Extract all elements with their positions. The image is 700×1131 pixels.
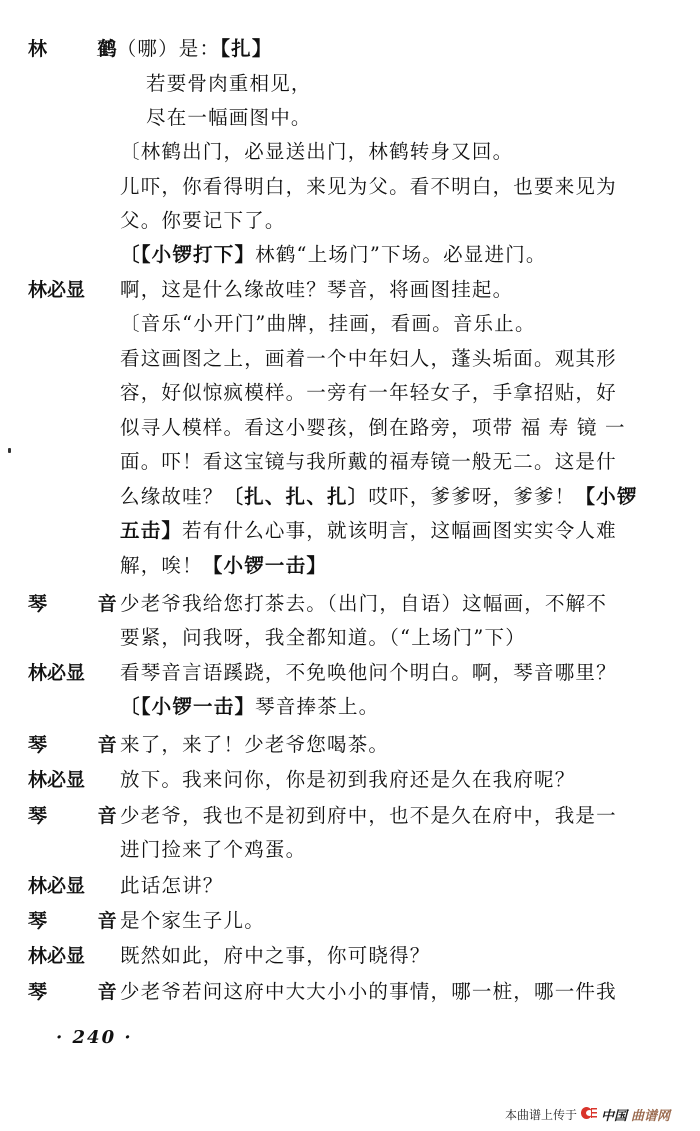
dialogue-text: 既然如此，府中之事，你可晓得？: [120, 939, 431, 973]
script-line: 林 鹤 正（哪）是：【扎】: [0, 32, 700, 66]
page-number: · 240 ·: [56, 1027, 133, 1048]
dialogue-text: 来了，来了！少老爷您喝茶。: [120, 728, 389, 762]
dialogue-segment: 琴音捧茶上。: [255, 695, 379, 718]
script-line: 五击】若有什么心事，就该明言，这幅画图实实令人难: [0, 514, 700, 548]
stage-direction: 〔音乐“小开门”曲牌，挂画，看画。音乐止。: [0, 307, 700, 341]
script-line: 面。吓！看这宝镜与我所戴的福寿镜一般无二。这是什: [0, 445, 700, 479]
script-line: 林必显 既然如此，府中之事，你可晓得？: [0, 939, 700, 973]
dialogue-segment: 林鹤“上场门”下场。必显进门。: [255, 243, 546, 266]
dialogue-text: 少老爷，我也不是初到府中，也不是久在府中，我是一: [120, 799, 617, 833]
script-line: 父。你要记下了。: [0, 204, 700, 238]
script-line: 要紧，问我呀，我全都知道。（“上场门”下）: [0, 621, 700, 655]
stage-direction-text: 〔音乐“小开门”曲牌，挂画，看画。音乐止。: [120, 307, 536, 341]
stage-direction: 〔【小锣一击】琴音捧茶上。: [0, 690, 700, 724]
speaker-name: 林必显: [28, 656, 85, 690]
stage-direction-text: 〔【小锣打下】林鹤“上场门”下场。必显进门。: [120, 238, 547, 272]
stage-direction-text: 〔林鹤出门，必显送出门，林鹤转身又回。: [120, 135, 513, 169]
dialogue-text: 看这画图之上，画着一个中年妇人，蓬头垢面。观其形: [120, 342, 617, 376]
dialogue-text: 父。你要记下了。: [120, 204, 286, 238]
speaker-name: 林必显: [28, 273, 85, 307]
stage-cue: 〔【小锣一击】: [120, 695, 255, 718]
dialogue-segment: 若有什么心事，就该明言，这幅画图实实令人难: [182, 519, 617, 542]
dialogue-text: 进门捡来了个鸡蛋。: [120, 833, 306, 867]
dialogue-text: 五击】若有什么心事，就该明言，这幅画图实实令人难: [120, 514, 617, 548]
stage-cue: 【小锣: [575, 485, 637, 508]
stage-cue: 【扎】: [220, 37, 272, 60]
verse-text: 尽在一幅画图中。: [146, 101, 312, 135]
script-line: 林必显 放下。我来问你，你是初到我府还是久在我府呢？: [0, 763, 700, 797]
dialogue-text: 么缘故哇？〔扎、扎、扎〕哎吓，爹爹呀，爹爹！【小锣: [120, 480, 638, 514]
dialogue-segment: 么缘故哇？: [120, 485, 224, 508]
dialogue-segment: 正（哪）是：: [96, 37, 220, 60]
script-line: 林必显 啊，这是什么缘故哇？琴音，将画图挂起。: [0, 273, 700, 307]
dialogue-text: 看琴音言语蹊跷，不免唤他问个明白。啊，琴音哪里？: [120, 656, 617, 690]
dialogue-text: 要紧，问我呀，我全都知道。（“上场门”下）: [120, 621, 526, 655]
script-line: 琴 音 少老爷，我也不是初到府中，也不是久在府中，我是一: [0, 799, 700, 833]
dialogue-text: 面。吓！看这宝镜与我所戴的福寿镜一般无二。这是什: [120, 445, 617, 479]
script-line: 容，好似惊疯模样。一旁有一年轻女子，手拿招贴，好: [0, 376, 700, 410]
scan-speck: [8, 448, 11, 453]
script-line: 琴 音 少老爷若问这府中大大小小的事情，哪一桩，哪一件我: [0, 975, 700, 1009]
speaker-name: 林必显: [28, 763, 85, 797]
script-line: 儿吓，你看得明白，来见为父。看不明白，也要来见为: [0, 170, 700, 204]
stage-cue: 〔【小锣打下】: [120, 243, 255, 266]
dialogue-text: 正（哪）是：【扎】: [96, 32, 273, 66]
script-line: 解，唉！【小锣一击】: [0, 549, 700, 583]
script-line: 似寻人模样。看这小婴孩，倒在路旁，项带 福 寿 镜 一: [0, 411, 700, 445]
stage-direction-text: 〔【小锣一击】琴音捧茶上。: [120, 690, 379, 724]
site-logo-text-part1: 中国: [601, 1105, 627, 1124]
dialogue-text: 是个家生子儿。: [120, 904, 265, 938]
dialogue-text: 容，好似惊疯模样。一旁有一年轻女子，手拿招贴，好: [120, 376, 617, 410]
site-logo-text-part2: 曲谱网: [631, 1105, 670, 1124]
site-logo-icon: [581, 1107, 597, 1121]
upload-footer: 本曲谱上传于 中国曲谱网: [505, 1103, 670, 1125]
stage-cue: 〔扎、扎、扎〕: [224, 485, 369, 508]
stage-direction: 〔林鹤出门，必显送出门，林鹤转身又回。: [0, 135, 700, 169]
dialogue-segment: 哎吓，爹爹呀，爹爹！: [368, 485, 575, 508]
script-line: 琴 音 是个家生子儿。: [0, 904, 700, 938]
script-line: 么缘故哇？〔扎、扎、扎〕哎吓，爹爹呀，爹爹！【小锣: [0, 480, 700, 514]
script-line: 琴 音 少老爷我给您打茶去。（出门，自语）这幅画，不解不: [0, 587, 700, 621]
upload-notice: 本曲谱上传于: [505, 1106, 577, 1123]
dialogue-segment: 解，唉！: [120, 554, 203, 577]
script-line: 看这画图之上，画着一个中年妇人，蓬头垢面。观其形: [0, 342, 700, 376]
speaker-name: 林必显: [28, 939, 85, 973]
dialogue-text: 放下。我来问你，你是初到我府还是久在我府呢？: [120, 763, 575, 797]
dialogue-text: 似寻人模样。看这小婴孩，倒在路旁，项带 福 寿 镜 一: [120, 411, 626, 445]
script-line: 林必显 此话怎讲？: [0, 869, 700, 903]
script-line: 林必显 看琴音言语蹊跷，不免唤他问个明白。啊，琴音哪里？: [0, 656, 700, 690]
dialogue-text: 儿吓，你看得明白，来见为父。看不明白，也要来见为: [120, 170, 617, 204]
scanned-page: 林 鹤 正（哪）是：【扎】 若要骨肉重相见， 尽在一幅画图中。 〔林鹤出门，必显…: [0, 0, 700, 1131]
dialogue-text: 解，唉！【小锣一击】: [120, 549, 327, 583]
stage-cue: 五击】: [120, 519, 182, 542]
script-line: 进门捡来了个鸡蛋。: [0, 833, 700, 867]
stage-direction: 〔【小锣打下】林鹤“上场门”下场。必显进门。: [0, 238, 700, 272]
script-line: 尽在一幅画图中。: [0, 101, 700, 135]
dialogue-text: 啊，这是什么缘故哇？琴音，将画图挂起。: [120, 273, 513, 307]
script-line: 琴 音 来了，来了！少老爷您喝茶。: [0, 728, 700, 762]
verse-text: 若要骨肉重相见，: [146, 67, 312, 101]
dialogue-text: 此话怎讲？: [120, 869, 224, 903]
speaker-name: 林必显: [28, 869, 85, 903]
script-line: 若要骨肉重相见，: [0, 67, 700, 101]
dialogue-text: 少老爷我给您打茶去。（出门，自语）这幅画，不解不: [120, 587, 607, 621]
dialogue-text: 少老爷若问这府中大大小小的事情，哪一桩，哪一件我: [120, 975, 617, 1009]
stage-cue: 【小锣一击】: [203, 554, 327, 577]
